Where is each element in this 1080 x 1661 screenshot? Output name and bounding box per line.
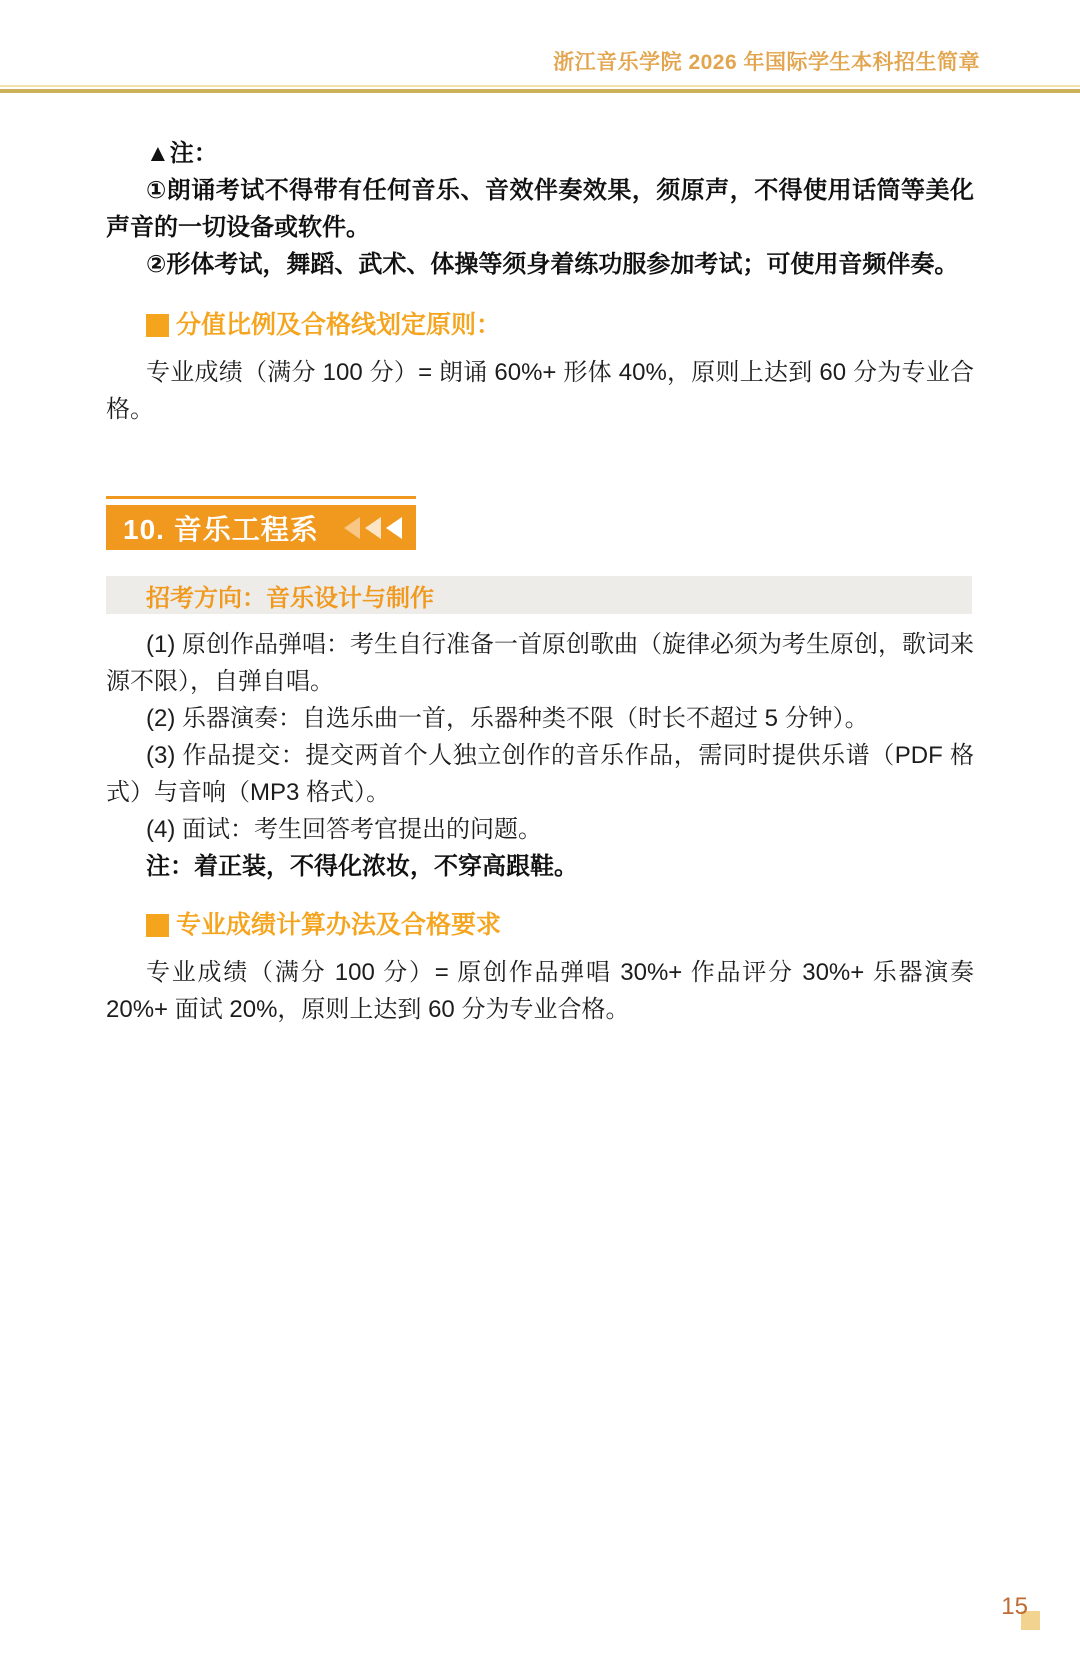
requirement-item-4: (4) 面试：考生回答考官提出的问题。 (106, 811, 974, 848)
note-label: ▲注： (106, 135, 974, 172)
square-bullet-icon (146, 314, 169, 337)
content-column: ▲注： ①朗诵考试不得带有任何音乐、音效伴奏效果，须原声，不得使用话筒等美化声音… (106, 135, 974, 428)
note-item-2: ②形体考试，舞蹈、武术、体操等须身着练功服参加考试；可使用音频伴奏。 (106, 246, 974, 283)
direction-bar-label: 招考方向：音乐设计与制作 (146, 578, 434, 613)
score-calculation-body: 专业成绩（满分 100 分）= 原创作品弹唱 30%+ 作品评分 30%+ 乐器… (106, 954, 974, 1028)
square-bullet-icon (146, 914, 169, 937)
requirements-block: (1) 原创作品弹唱：考生自行准备一首原创歌曲（旋律必须为考生原创，歌词来源不限… (106, 626, 974, 1028)
requirement-item-3: (3) 作品提交：提交两首个人独立创作的音乐作品，需同时提供乐谱（PDF 格式）… (106, 737, 974, 811)
note-item-1: ①朗诵考试不得带有任何音乐、音效伴奏效果，须原声，不得使用话筒等美化声音的一切设… (106, 172, 974, 246)
score-calculation-heading-text: 专业成绩计算办法及合格要求 (176, 909, 501, 941)
score-calculation-heading: 专业成绩计算办法及合格要求 (146, 909, 974, 941)
page-header-title: 浙江音乐学院 2026 年国际学生本科招生简章 (0, 46, 980, 76)
direction-bar: 招考方向：音乐设计与制作 (106, 576, 972, 614)
dress-code-note: 注：着正装，不得化浓妆，不穿高跟鞋。 (106, 848, 974, 885)
score-rule-heading-text: 分值比例及合格线划定原则： (176, 309, 501, 341)
header-rule-thick (0, 89, 1080, 93)
triple-left-arrows-icon (344, 517, 402, 539)
section-banner-topline (106, 496, 416, 499)
section-banner-title: 10. 音乐工程系 (123, 508, 344, 548)
requirement-item-2: (2) 乐器演奏：自选乐曲一首，乐器种类不限（时长不超过 5 分钟）。 (106, 700, 974, 737)
document-page: 浙江音乐学院 2026 年国际学生本科招生简章 ▲注： ①朗诵考试不得带有任何音… (0, 0, 1080, 1661)
score-rule-body-previous-section: 专业成绩（满分 100 分）= 朗诵 60%+ 形体 40%，原则上达到 60 … (106, 354, 974, 428)
left-triangle-icon (365, 517, 381, 539)
left-triangle-icon (344, 517, 360, 539)
page-number: 15 (1001, 1593, 1028, 1621)
section-banner: 10. 音乐工程系 (106, 505, 416, 550)
left-triangle-icon (386, 517, 402, 539)
header-rule-thin (0, 85, 1080, 87)
section-banner-wrap: 10. 音乐工程系 (106, 496, 416, 550)
requirement-item-1: (1) 原创作品弹唱：考生自行准备一首原创歌曲（旋律必须为考生原创，歌词来源不限… (106, 626, 974, 700)
score-rule-heading-previous-section: 分值比例及合格线划定原则： (146, 309, 974, 341)
